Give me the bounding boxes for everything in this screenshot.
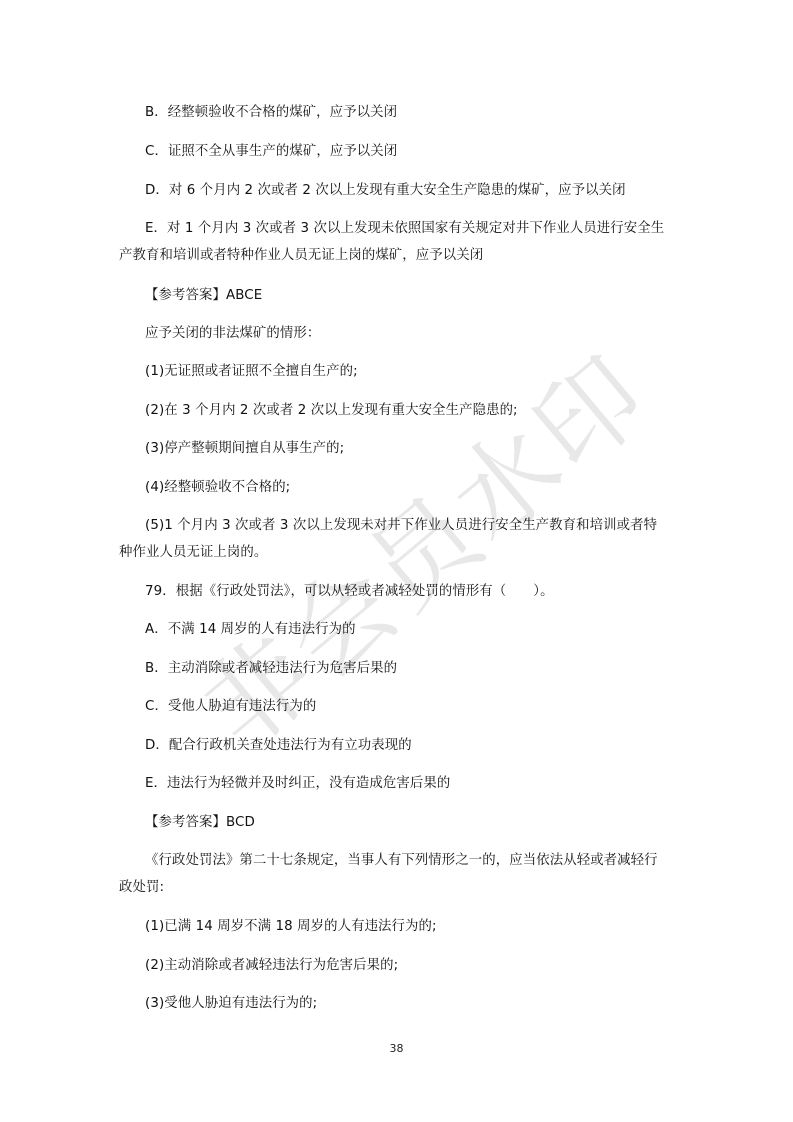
option-c-79: C．受他人胁迫有违法行为的 bbox=[145, 698, 316, 716]
option-a-79: A．不满 14 周岁的人有违法行为的 bbox=[145, 621, 356, 639]
document-page: 非会员水印 B．经整顿验收不合格的煤矿，应予以关闭 C．证照不全从事生产的煤矿，… bbox=[0, 0, 793, 1122]
explanation-79-line2: 政处罚: bbox=[119, 879, 164, 897]
explanation-item-1: (1)无证照或者证照不全擅自生产的; bbox=[145, 363, 358, 381]
option-e-79: E．违法行为轻微并及时纠正，没有造成危害后果的 bbox=[145, 775, 450, 793]
option-c-coal: C．证照不全从事生产的煤矿，应予以关闭 bbox=[145, 143, 397, 161]
answer-79: 【参考答案】BCD bbox=[145, 814, 255, 832]
explanation-item-2: (2)在 3 个月内 2 次或者 2 次以上发现有重大安全生产隐患的; bbox=[145, 402, 518, 420]
option-e-coal-line1: E．对 1 个月内 3 次或者 3 次以上发现未依照国家有关规定对井下作业人员进… bbox=[145, 220, 664, 238]
answer-78: 【参考答案】ABCE bbox=[145, 287, 262, 305]
explanation-79-line1: 《行政处罚法》第二十七条规定，当事人有下列情形之一的，应当依法从轻或者减轻行 bbox=[145, 852, 658, 870]
option-e-coal-line2: 产教育和培训或者特种作业人员无证上岗的煤矿，应予以关闭 bbox=[119, 247, 483, 265]
explanation-item-5-line2: 种作业人员无证上岗的。 bbox=[119, 544, 267, 562]
explanation-item-5-line1: (5)1 个月内 3 次或者 3 次以上发现未对井下作业人员进行安全生产教育和培… bbox=[145, 517, 657, 535]
option-d-79: D．配合行政机关查处违法行为有立功表现的 bbox=[145, 737, 412, 755]
option-d-coal: D．对 6 个月内 2 次或者 2 次以上发现有重大安全生产隐患的煤矿，应予以关… bbox=[145, 182, 626, 200]
question-79: 79．根据《行政处罚法》，可以从轻或者减轻处罚的情形有（ ）。 bbox=[145, 583, 554, 601]
explanation-item-4: (4)经整顿验收不合格的; bbox=[145, 479, 290, 497]
option-b-coal: B．经整顿验收不合格的煤矿，应予以关闭 bbox=[145, 104, 397, 122]
explanation-79-item-3: (3)受他人胁迫有违法行为的; bbox=[145, 995, 317, 1013]
option-b-79: B．主动消除或者减轻违法行为危害后果的 bbox=[145, 660, 397, 678]
explanation-item-3: (3)停产整顿期间擅自从事生产的; bbox=[145, 440, 344, 458]
explanation-heading-78: 应予关闭的非法煤矿的情形： bbox=[145, 325, 320, 343]
explanation-79-item-2: (2)主动消除或者减轻违法行为危害后果的; bbox=[145, 957, 398, 975]
page-number: 38 bbox=[0, 1042, 793, 1055]
explanation-79-item-1: (1)已满 14 周岁不满 18 周岁的人有违法行为的; bbox=[145, 918, 437, 936]
